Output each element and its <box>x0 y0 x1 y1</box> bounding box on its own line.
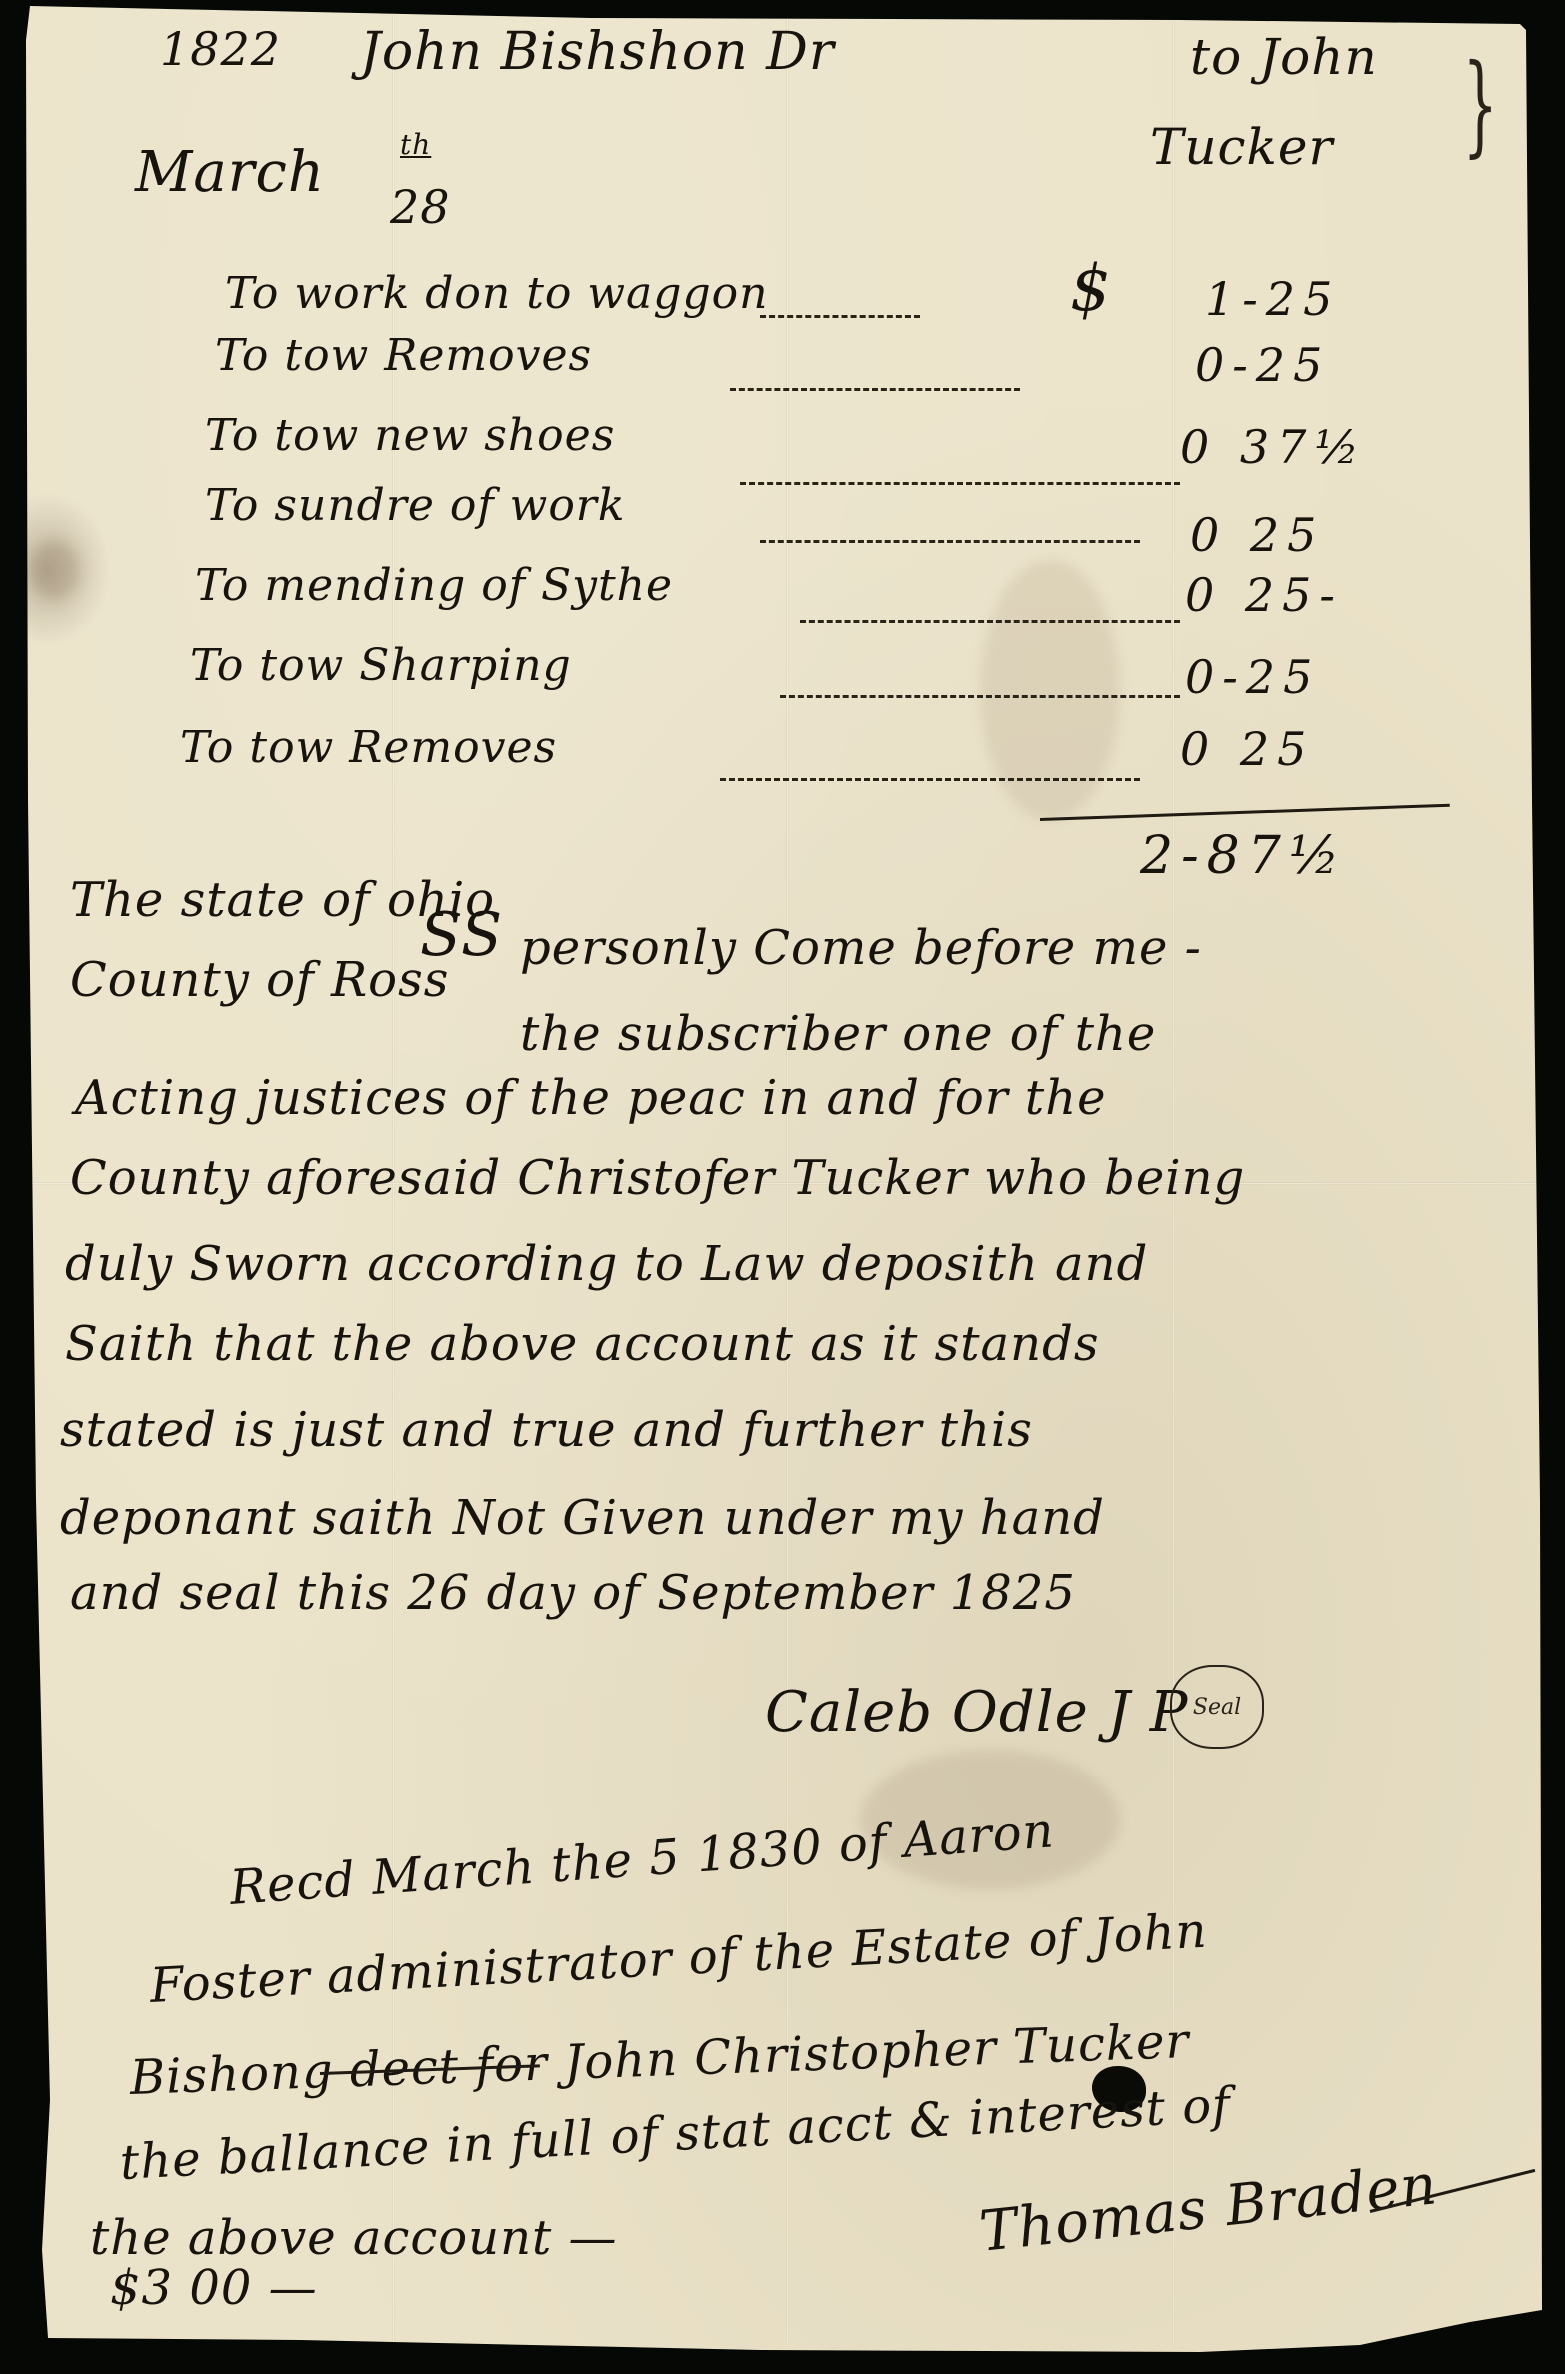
account-total: 2-87½ <box>1140 826 1347 886</box>
affidavit-line: and seal this 26 day of September 1825 <box>70 1565 1076 1621</box>
account-item-amount: 1-25 <box>1205 272 1340 326</box>
leader-line <box>760 540 1140 543</box>
affidavit-line: deponant saith Not Given under my hand <box>60 1490 1105 1546</box>
account-item-amount: 0 37½ <box>1180 420 1367 474</box>
date-month: March <box>135 140 325 205</box>
affidavit-line: Saith that the above account as it stand… <box>65 1316 1099 1372</box>
leader-line <box>760 315 920 318</box>
seal-label: Seal <box>1193 1695 1241 1720</box>
dollar-sign: $ <box>1070 252 1112 326</box>
affidavit-line: the subscriber one of the <box>520 1006 1156 1062</box>
account-item-amount: 0 25 <box>1190 508 1324 562</box>
affidavit-line: personly Come before me - <box>520 920 1202 976</box>
leader-line <box>780 695 1180 698</box>
brace-icon: } <box>1463 40 1499 168</box>
affidavit-line: County aforesaid Christofer Tucker who b… <box>70 1150 1245 1206</box>
account-item-description: To tow Removes <box>215 330 592 381</box>
header-creditor-line1: to John <box>1190 28 1378 86</box>
header-year: 1822 <box>160 22 281 76</box>
account-item-description: To tow Sharping <box>190 640 572 691</box>
receipt-line: the above account — <box>90 2210 618 2266</box>
account-item-description: To work don to waggon <box>225 268 768 319</box>
leader-line <box>740 482 1180 485</box>
justice-signature: Caleb Odle J P <box>765 1680 1188 1745</box>
affidavit-line: duly Sworn according to Law deposith and <box>65 1236 1148 1292</box>
document-page: 1822 John Bishshon Dr to John Tucker } M… <box>0 0 1565 2374</box>
header-creditor-line2: Tucker <box>1150 118 1333 176</box>
affidavit-line: Acting justices of the peac in and for t… <box>75 1070 1107 1126</box>
account-item-amount: 0 25 <box>1180 722 1314 776</box>
account-item-description: To tow Removes <box>180 722 557 773</box>
receipt-line: Recd March the 5 1830 of Aaron <box>228 1802 1056 1915</box>
affidavit-line: stated is just and true and further this <box>60 1402 1033 1458</box>
account-item-description: To tow new shoes <box>205 410 615 461</box>
leader-line <box>730 388 1020 391</box>
total-rule <box>1040 804 1450 821</box>
account-item-amount: 0-25 <box>1195 338 1330 392</box>
leader-line <box>800 620 1180 623</box>
date-day-suffix: th <box>400 128 431 161</box>
leader-line <box>720 778 1140 781</box>
venue-county: County of Ross <box>70 952 449 1008</box>
account-item-amount: 0-25 <box>1185 650 1320 704</box>
receiver-signature: Thomas Braden <box>977 2152 1441 2265</box>
account-item-description: To mending of Sythe <box>195 560 673 611</box>
date-day: 28 <box>390 180 451 234</box>
seal-mark: Seal <box>1170 1665 1264 1749</box>
receipt-line: Foster administrator of the Estate of Jo… <box>149 1903 1209 2014</box>
account-item-amount: 0 25- <box>1185 568 1343 622</box>
venue-bracket: SS <box>420 900 503 970</box>
receipt-amount: $3 00 — <box>110 2260 318 2316</box>
account-item-description: To sundre of work <box>205 480 626 531</box>
ink-stain <box>30 540 80 600</box>
water-stain <box>980 560 1120 820</box>
header-debtor: John Bishshon Dr <box>360 22 835 82</box>
